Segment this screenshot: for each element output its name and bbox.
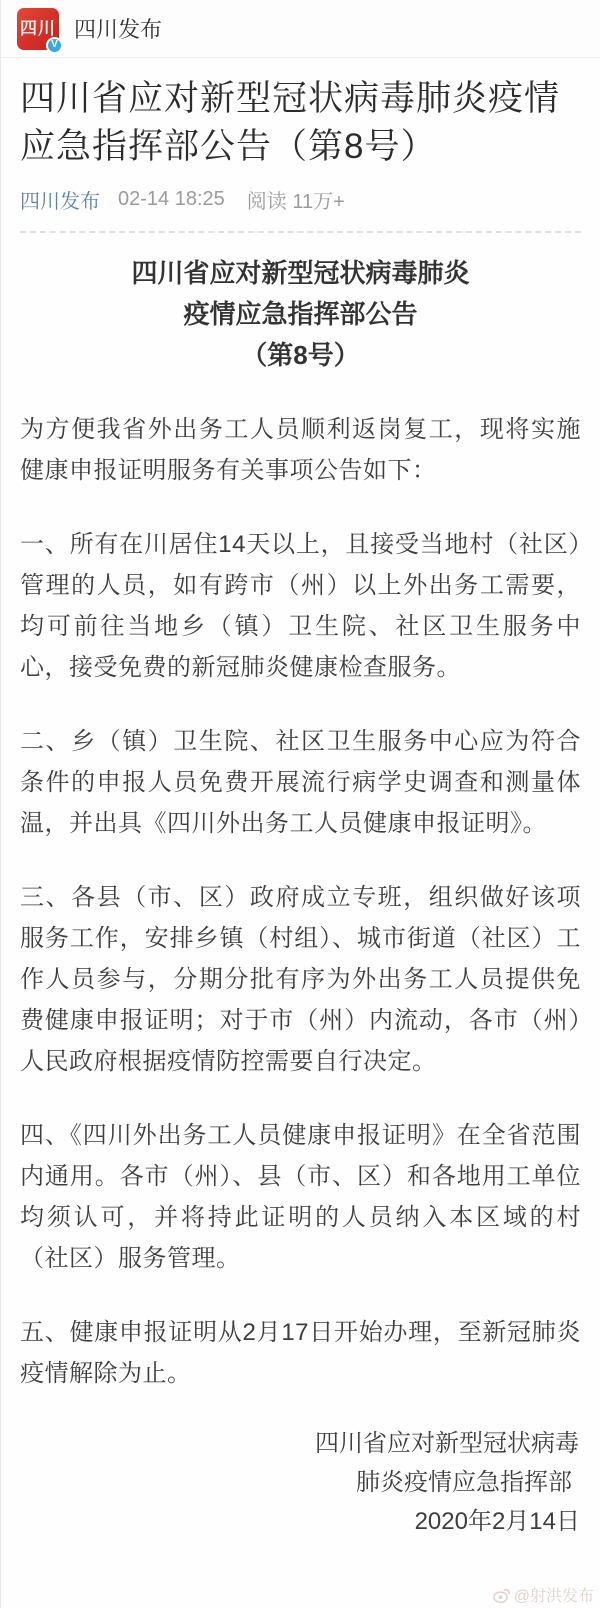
signature-issuer-line: 肺炎疫情应急指挥部 (20, 1463, 581, 1502)
paragraph-item-1: 一、所有在川居住14天以上，且接受当地村（社区）管理的人员，如有跨市（州）以上外… (20, 524, 581, 688)
article-title: 四川省应对新型冠状病毒肺炎疫情应急指挥部公告（第8号） (20, 75, 581, 171)
article-page: 四川 V 四川发布 四川省应对新型冠状病毒肺炎疫情应急指挥部公告（第8号） 四川… (0, 0, 600, 1608)
watermark: @射洪发布 (493, 1583, 594, 1606)
article-meta: 四川发布 02-14 18:25 阅读 11万+ (20, 185, 581, 214)
document-heading-line: （第8号） (20, 335, 581, 376)
paragraph-item-2: 二、乡（镇）卫生院、社区卫生服务中心应为符合条件的申报人员免费开展流行病学史调查… (20, 721, 581, 844)
signature-date: 2020年2月14日 (20, 1502, 581, 1541)
document-heading-line: 四川省应对新型冠状病毒肺炎 (20, 253, 581, 294)
paragraph-intro: 为方便我省外出务工人员顺利返岗复工，现将实施健康申报证明服务有关事项公告如下： (20, 409, 581, 491)
document-heading-line: 疫情应急指挥部公告 (20, 294, 581, 335)
avatar-seal-text: 四川 (20, 20, 56, 37)
meta-author-link[interactable]: 四川发布 (20, 185, 100, 214)
watermark-text: @射洪发布 (514, 1583, 594, 1606)
paragraph-item-5: 五、健康申报证明从2月17日开始办理，至新冠肺炎疫情解除为止。 (20, 1312, 581, 1394)
meta-read-count: 阅读 11万+ (247, 185, 345, 214)
paragraph-item-3: 三、各县（市、区）政府成立专班，组织做好该项服务工作，安排乡镇（村组）、城市街道… (20, 877, 581, 1082)
signature-issuer-line: 四川省应对新型冠状病毒 (20, 1424, 581, 1463)
dashed-divider (20, 231, 581, 233)
paragraph-item-4: 四、《四川外出务工人员健康申报证明》在全省范围内通用。各市（州）、县（市、区）和… (20, 1115, 581, 1279)
profile-header: 四川 V 四川发布 (1, 0, 600, 58)
profile-avatar[interactable]: 四川 V (17, 8, 59, 50)
document-heading: 四川省应对新型冠状病毒肺炎 疫情应急指挥部公告 （第8号） (20, 253, 581, 376)
article-body: 四川省应对新型冠状病毒肺炎疫情应急指挥部公告（第8号） 四川发布 02-14 1… (1, 75, 600, 1541)
signature-block: 四川省应对新型冠状病毒 肺炎疫情应急指挥部 2020年2月14日 (20, 1424, 581, 1541)
verified-badge-icon: V (46, 37, 63, 54)
meta-timestamp: 02-14 18:25 (118, 188, 225, 211)
weibo-logo-icon (493, 1587, 511, 1603)
profile-name-link[interactable]: 四川发布 (74, 13, 162, 44)
